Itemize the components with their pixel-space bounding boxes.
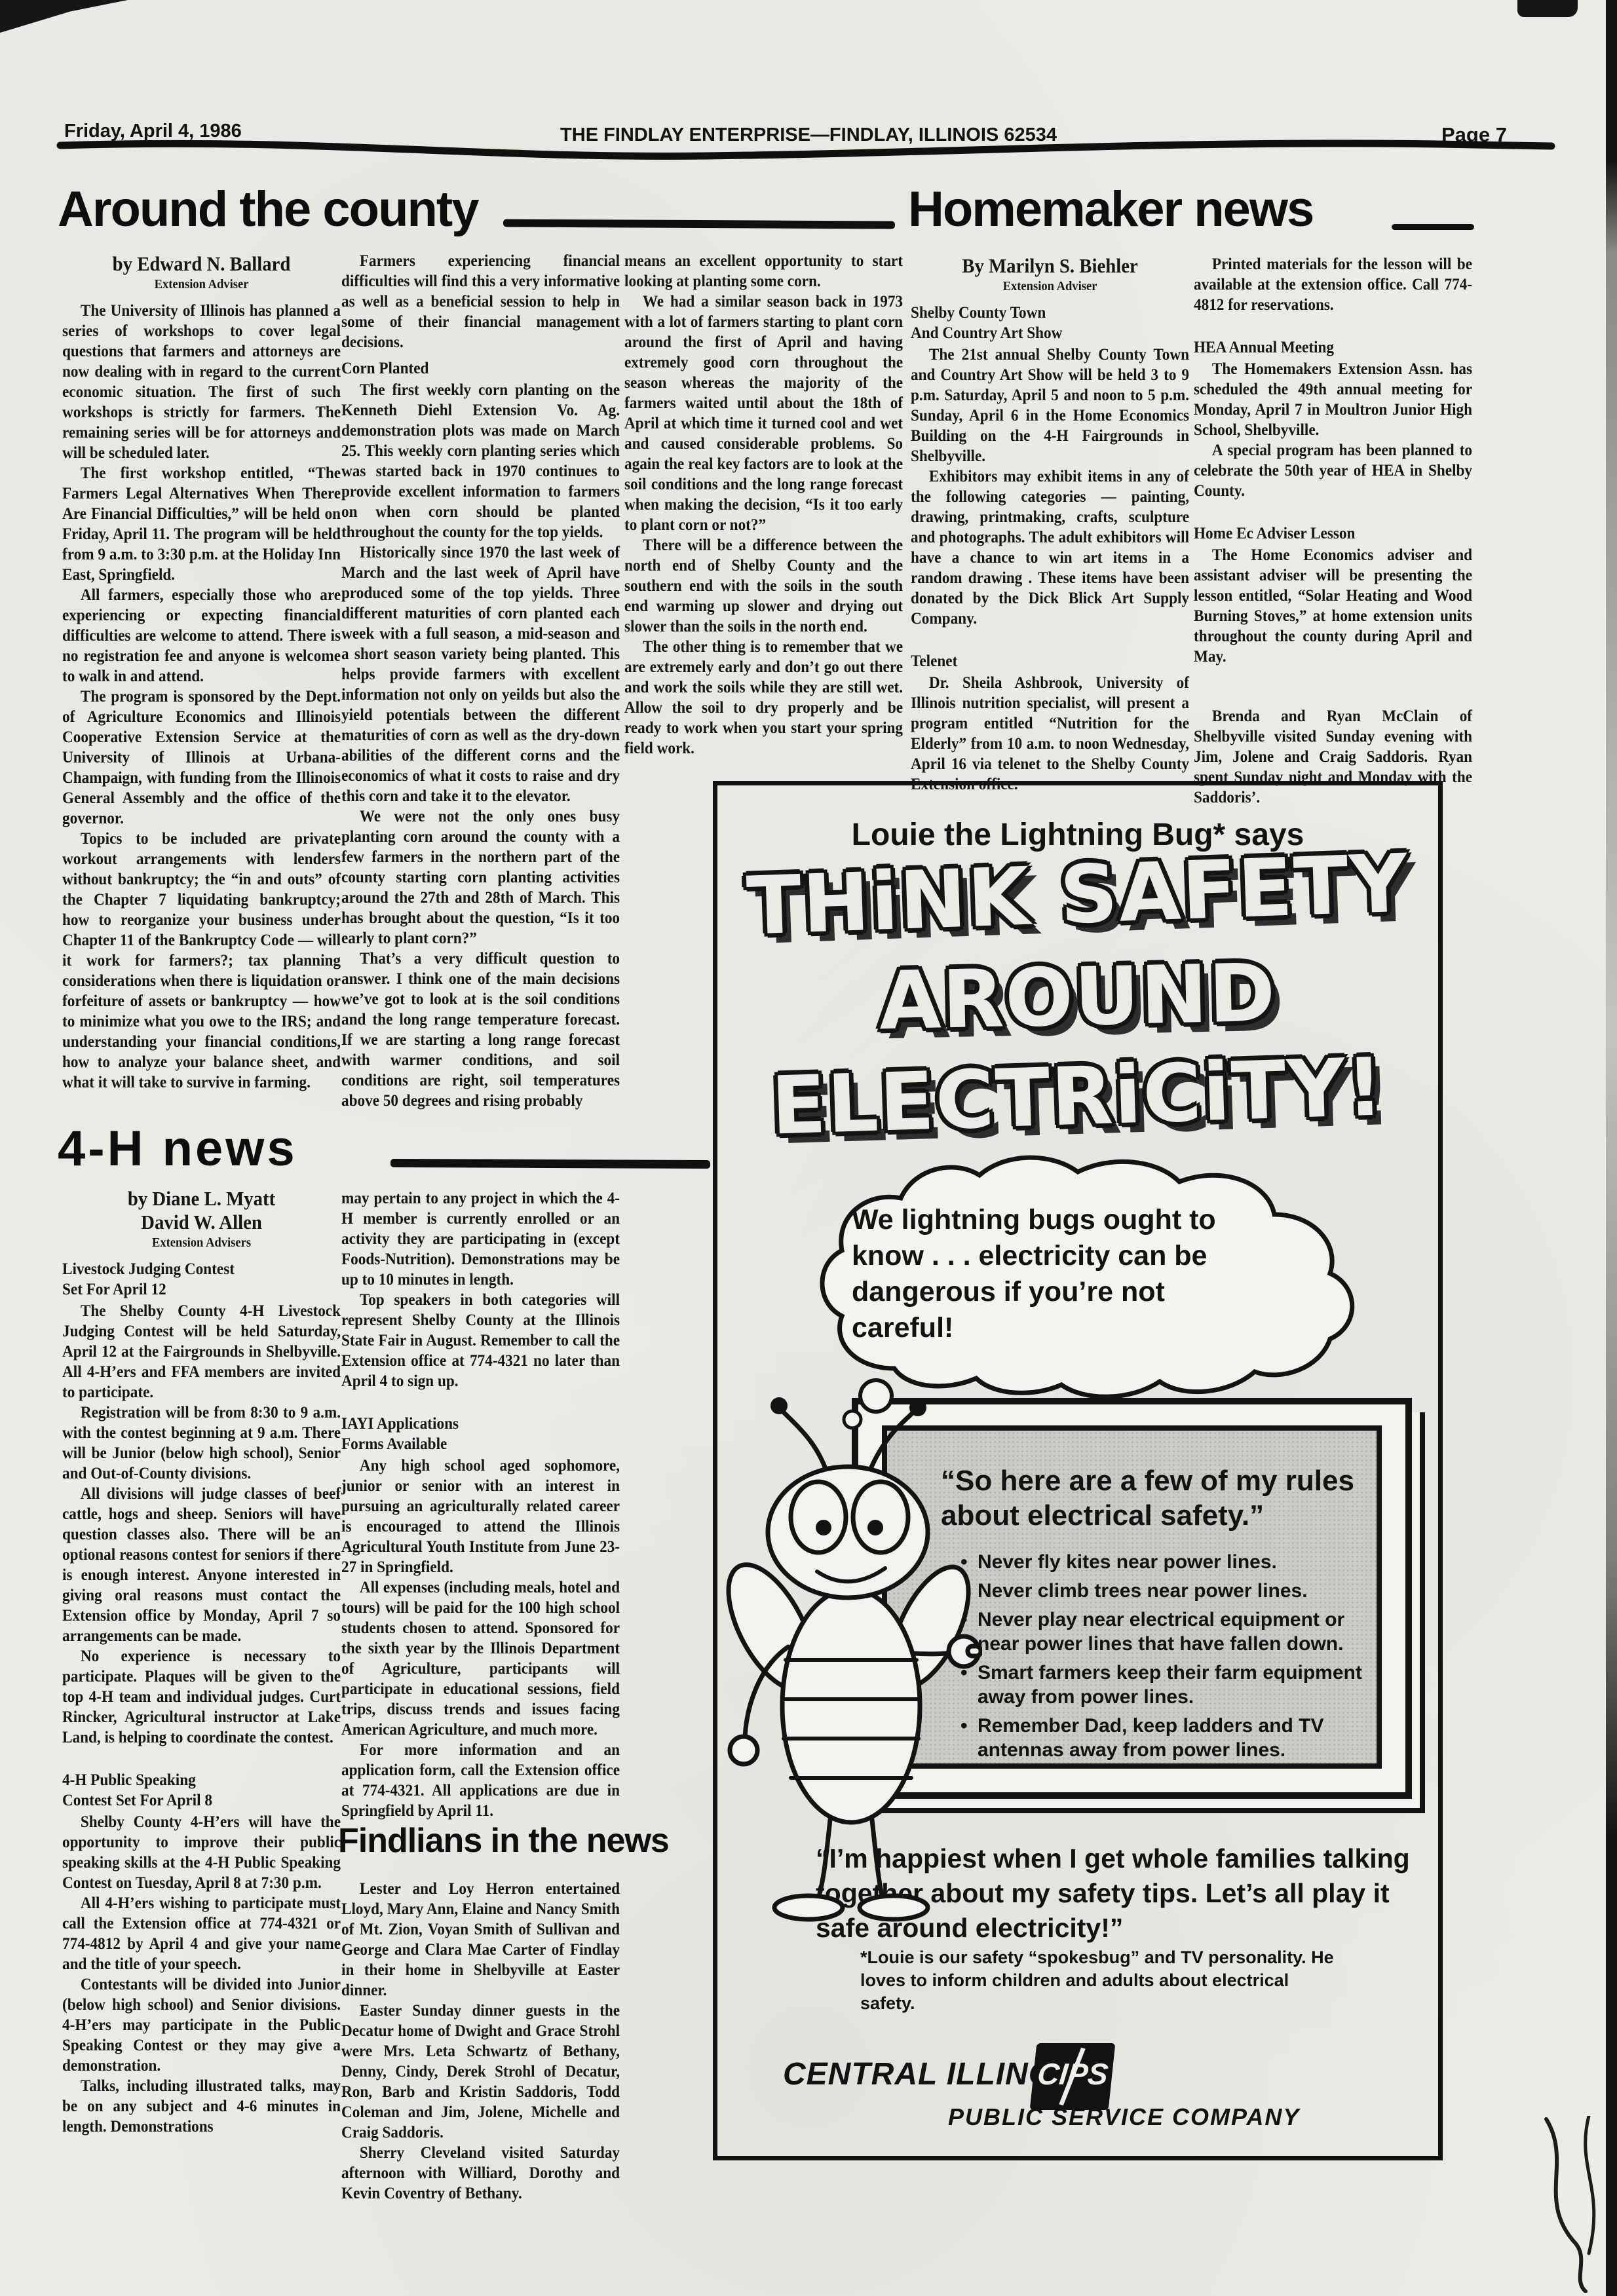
- article-paragraph: All farmers, especially those who are ex…: [62, 585, 341, 687]
- around-byline-title: Extension Adviser: [62, 276, 341, 293]
- article-paragraph: Contestants will be divided into Junior …: [62, 1974, 341, 2076]
- cips-logo-company-right: PUBLIC SERVICE COMPANY: [948, 2103, 1300, 2131]
- article-paragraph: Shelby County 4-H’ers will have the oppo…: [62, 1812, 341, 1893]
- article-paragraph: Printed materials for the lesson will be…: [1194, 254, 1472, 315]
- fourh-byline-title: Extension Advisers: [62, 1234, 341, 1251]
- homemaker-column-1: By Marilyn S. Biehler Extension Adviser …: [911, 254, 1189, 795]
- article-paragraph: Historically since 1970 the last week of…: [341, 542, 620, 806]
- fourh-column-1: by Diane L. Myatt David W. Allen Extensi…: [62, 1187, 341, 2137]
- article-paragraph: The Homemakers Extension Assn. has sched…: [1194, 359, 1472, 440]
- article-paragraph: The first workshop entitled, “The Farmer…: [62, 463, 341, 585]
- article-paragraph: For more information and an application …: [341, 1740, 620, 1821]
- article-subhead: 4-H Public Speaking Contest Set For Apri…: [62, 1770, 341, 1811]
- article-paragraph: That’s a very difficult question to answ…: [341, 949, 620, 1111]
- cips-logo-mark: CIPS: [1030, 2043, 1116, 2110]
- homemaker-news-rule: [1392, 224, 1474, 230]
- safety-rule-item: Never play near electrical equipment or …: [958, 1608, 1382, 1656]
- around-byline: by Edward N. Ballard: [62, 252, 341, 276]
- louie-lightning-bug-illustration: [720, 1372, 982, 1922]
- article-paragraph: The Shelby County 4-H Livestock Judging …: [62, 1301, 341, 1402]
- ad-big-text-line1: THiNK SAFETY: [716, 836, 1439, 954]
- article-subhead: IAYI Applications Forms Available: [341, 1414, 620, 1454]
- article-paragraph: All divisions will judge classes of beef…: [62, 1484, 341, 1646]
- ad-footnote: *Louie is our safety “spokesbug” and TV …: [860, 1946, 1339, 2015]
- newspaper-page: Friday, April 4, 1986 THE FINDLAY ENTERP…: [0, 0, 1617, 2296]
- article-paragraph: A special program has been planned to ce…: [1194, 440, 1472, 501]
- scan-artifact-squiggle: [1527, 2116, 1612, 2293]
- homemaker-byline-title: Extension Adviser: [911, 278, 1189, 295]
- ad-big-text-line2: AROUND: [717, 943, 1439, 1051]
- tv-board-quote: “So here are a few of my rules about ele…: [941, 1463, 1373, 1533]
- article-paragraph: The other thing is to remember that we a…: [624, 637, 903, 759]
- article-paragraph: Registration will be from 8:30 to 9 a.m.…: [62, 1402, 341, 1484]
- scan-artifact-top-left: [0, 0, 128, 33]
- scan-artifact-top-right: [1517, 0, 1578, 17]
- article-paragraph: Top speakers in both categories will rep…: [341, 1290, 620, 1391]
- around-column-3: means an excellent opportunity to start …: [624, 251, 903, 759]
- cips-logo-abbr: CIPS: [1032, 2056, 1114, 2092]
- ad-big-text-line3: ELECTRiCiTY!: [716, 1039, 1439, 1154]
- around-the-county-rule: [503, 219, 895, 229]
- article-paragraph: Farmers experiencing financial difficult…: [341, 251, 620, 352]
- article-paragraph: means an excellent opportunity to start …: [624, 251, 903, 292]
- article-paragraph: We had a similar season back in 1973 wit…: [624, 292, 903, 535]
- fourh-news-rule: [390, 1159, 710, 1169]
- around-the-county-headline: Around the county: [58, 181, 478, 238]
- scan-artifact-right-edge: [1606, 0, 1617, 2296]
- article-paragraph: Dr. Sheila Ashbrook, University of Illin…: [911, 673, 1189, 795]
- article-paragraph: No experience is necessary to participat…: [62, 1646, 341, 1748]
- article-paragraph: All expenses (including meals, hotel and…: [341, 1577, 620, 1740]
- article-paragraph: Easter Sunday dinner guests in the Decat…: [341, 2001, 620, 2143]
- article-paragraph: Talks, including illustrated talks, may …: [62, 2076, 341, 2137]
- around-byline-block: by Edward N. Ballard Extension Adviser: [62, 252, 341, 293]
- article-subhead: HEA Annual Meeting: [1194, 337, 1472, 358]
- article-paragraph: There will be a difference between the n…: [624, 535, 903, 637]
- article-paragraph: Any high school aged sophomore, junior o…: [341, 1456, 620, 1577]
- safety-rules-list: Never fly kites near power lines. Never …: [958, 1550, 1382, 1767]
- around-column-2: Farmers experiencing financial difficult…: [341, 251, 620, 1111]
- fourh-byline-1: by Diane L. Myatt: [62, 1187, 341, 1211]
- article-paragraph: All 4-H’ers wishing to participate must …: [62, 1893, 341, 1974]
- homemaker-byline: By Marilyn S. Biehler: [911, 254, 1189, 278]
- article-paragraph: The first weekly corn planting on the Ke…: [341, 380, 620, 542]
- safety-rule-item: Smart farmers keep their farm equipment …: [958, 1661, 1382, 1709]
- article-subhead: Corn Planted: [341, 358, 620, 379]
- homemaker-news-headline: Homemaker news: [908, 181, 1313, 238]
- safety-rule-item: Never fly kites near power lines.: [958, 1550, 1382, 1574]
- article-paragraph: may pertain to any project in which the …: [341, 1188, 620, 1290]
- article-paragraph: Lester and Loy Herron entertained Lloyd,…: [341, 1879, 620, 2001]
- article-paragraph: The program is sponsored by the Dept. of…: [62, 687, 341, 829]
- safety-rule-item: Never climb trees near power lines.: [958, 1579, 1382, 1603]
- article-subhead: Shelby County Town And Country Art Show: [911, 303, 1189, 343]
- article-paragraph: The 21st annual Shelby County Town and C…: [911, 345, 1189, 466]
- findlians-column: Lester and Loy Herron entertained Lloyd,…: [341, 1879, 620, 2204]
- article-subhead: Home Ec Adviser Lesson: [1194, 523, 1472, 544]
- fourh-news-headline: 4-H news: [58, 1120, 297, 1177]
- article-paragraph: Exhibitors may exhibit items in any of t…: [911, 466, 1189, 629]
- around-column-1: by Edward N. Ballard Extension Adviser T…: [62, 252, 341, 1093]
- homemaker-byline-block: By Marilyn S. Biehler Extension Adviser: [911, 254, 1189, 295]
- article-paragraph: The University of Illinois has planned a…: [62, 301, 341, 463]
- cips-safety-ad: Louie the Lightning Bug* says THiNK SAFE…: [713, 781, 1443, 2160]
- article-subhead: Telenet: [911, 651, 1189, 671]
- article-subhead: Livestock Judging Contest Set For April …: [62, 1259, 341, 1300]
- safety-rule-item: Remember Dad, keep ladders and TV antenn…: [958, 1714, 1382, 1762]
- cips-logo: CENTRAL ILLINOIS CIPS PUBLIC SERVICE COM…: [783, 2048, 1405, 2130]
- article-paragraph: The Home Economics adviser and assistant…: [1194, 545, 1472, 667]
- fourh-byline-block: by Diane L. Myatt David W. Allen Extensi…: [62, 1187, 341, 1251]
- article-paragraph: Topics to be included are private workou…: [62, 829, 341, 1093]
- fourh-column-2: may pertain to any project in which the …: [341, 1188, 620, 1821]
- header-rule: [56, 135, 1557, 164]
- fourh-byline-2: David W. Allen: [62, 1211, 341, 1234]
- article-paragraph: We were not the only ones busy planting …: [341, 806, 620, 949]
- speech-bubble-text: We lightning bugs ought to know . . . el…: [852, 1202, 1255, 1346]
- findlians-headline: Findlians in the news: [338, 1821, 669, 1860]
- article-paragraph: Sherry Cleveland visited Saturday aftern…: [341, 2143, 620, 2204]
- homemaker-column-2: Printed materials for the lesson will be…: [1194, 254, 1472, 808]
